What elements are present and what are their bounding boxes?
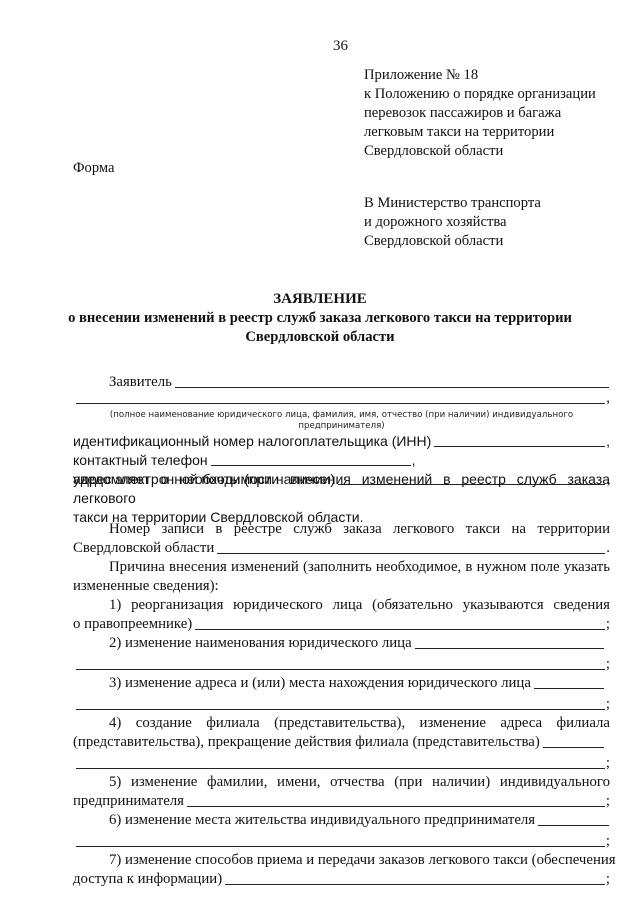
comma: , bbox=[412, 451, 416, 470]
page-number: 36 bbox=[333, 38, 348, 55]
item-5-text: 5) изменение фамилии, имени, отчества (п… bbox=[109, 773, 610, 792]
annex-line: к Положению о порядке организации bbox=[364, 85, 596, 104]
item-1-text-2: о правопреемнике) bbox=[73, 615, 192, 634]
addressee-line: и дорожного хозяйства bbox=[364, 213, 541, 232]
semicolon: ; bbox=[606, 695, 610, 714]
comma: , bbox=[606, 389, 610, 408]
applicant-label: Заявитель bbox=[109, 373, 172, 392]
item-5-text-2: предпринимателя bbox=[73, 792, 184, 811]
applicant-section: Заявитель , (полное наименование юридиче… bbox=[73, 372, 610, 527]
document-title: ЗАЯВЛЕНИЕ bbox=[0, 291, 640, 308]
inn-label: идентификационный номер налогоплательщик… bbox=[73, 432, 431, 451]
annex-line: Свердловской области bbox=[364, 142, 596, 161]
addressee-line: Свердловской области bbox=[364, 232, 541, 251]
item-6-field[interactable] bbox=[538, 824, 609, 826]
item-6-row-2: ; bbox=[73, 830, 610, 851]
item-3-row-2: ; bbox=[73, 693, 610, 714]
item-7-field[interactable] bbox=[225, 883, 605, 885]
note-line: предпринимателя) bbox=[73, 421, 610, 432]
document-subtitle-line1: о внесении изменений в реестр служб зака… bbox=[0, 310, 640, 327]
annex-line: легковым такси на территории bbox=[364, 123, 596, 142]
applicant-row: Заявитель bbox=[73, 372, 610, 392]
document-subtitle-line2: Свердловской области bbox=[0, 329, 640, 346]
item-4-text: 4) создание филиала (представительства),… bbox=[109, 714, 610, 733]
phone-label: контактный телефон bbox=[73, 451, 208, 470]
item-4-row-2: (представительства), прекращение действи… bbox=[73, 733, 610, 752]
comma: , bbox=[606, 432, 610, 451]
applicant-row-2: , bbox=[73, 392, 610, 408]
item-3-text: 3) изменение адреса и (или) места нахожд… bbox=[109, 674, 531, 693]
phone-row: контактный телефон , bbox=[73, 451, 610, 470]
item-4-field[interactable] bbox=[543, 746, 604, 748]
applicant-field-continued[interactable] bbox=[76, 402, 605, 404]
applicant-note: (полное наименование юридического лица, … bbox=[73, 408, 610, 432]
item-2-row: 2) изменение наименования юридического л… bbox=[73, 634, 610, 653]
item-6-field-continued[interactable] bbox=[76, 845, 605, 847]
period: . bbox=[606, 539, 610, 558]
applicant-field[interactable] bbox=[175, 386, 609, 388]
phone-field[interactable] bbox=[211, 464, 411, 466]
item-4-row-3: ; bbox=[73, 752, 610, 773]
reason-row: Причина внесения изменений (заполнить не… bbox=[73, 558, 610, 577]
registry-number-field[interactable] bbox=[217, 552, 605, 554]
reason-text-line2: измененные сведения): bbox=[73, 577, 219, 596]
item-7-row: 7) изменение способов приема и передачи … bbox=[73, 851, 610, 870]
semicolon: ; bbox=[606, 615, 610, 634]
form-label: Форма bbox=[73, 160, 115, 177]
item-5-row: 5) изменение фамилии, имени, отчества (п… bbox=[73, 773, 610, 792]
item-4-row: 4) создание филиала (представительства),… bbox=[73, 714, 610, 733]
item-7-row-2: доступа к информации) ; bbox=[73, 870, 610, 889]
item-6-text: 6) изменение места жительства индивидуал… bbox=[109, 811, 535, 830]
item-1-row-2: о правопреемнике) ; bbox=[73, 615, 610, 634]
inn-row: идентификационный номер налогоплательщик… bbox=[73, 432, 610, 451]
addressee-line: В Министерство транспорта bbox=[364, 194, 541, 213]
reason-text-line1: Причина внесения изменений (заполнить не… bbox=[109, 558, 610, 577]
annex-line: Приложение № 18 bbox=[364, 66, 596, 85]
semicolon: ; bbox=[606, 754, 610, 773]
item-4-field-continued[interactable] bbox=[76, 767, 605, 769]
registry-section: Номер записи в реестре служб заказа легк… bbox=[73, 520, 610, 889]
registry-text-line2: Свердловской области bbox=[73, 539, 214, 558]
item-1-field[interactable] bbox=[195, 628, 605, 630]
semicolon: ; bbox=[606, 870, 610, 889]
item-5-row-2: предпринимателя ; bbox=[73, 792, 610, 811]
item-5-field[interactable] bbox=[187, 805, 605, 807]
semicolon: ; bbox=[606, 792, 610, 811]
item-2-field-continued[interactable] bbox=[76, 668, 605, 670]
annex-line: перевозок пассажиров и багажа bbox=[364, 104, 596, 123]
item-4-text-2: (представительства), прекращение действи… bbox=[73, 733, 540, 752]
reason-row-2: измененные сведения): bbox=[73, 577, 610, 596]
semicolon: ; bbox=[606, 832, 610, 851]
item-2-field[interactable] bbox=[415, 647, 604, 649]
item-6-row: 6) изменение места жительства индивидуал… bbox=[73, 811, 610, 830]
semicolon: ; bbox=[606, 655, 610, 674]
registry-row: Номер записи в реестре служб заказа легк… bbox=[73, 520, 610, 539]
item-7-text-2: доступа к информации) bbox=[73, 870, 222, 889]
item-2-text: 2) изменение наименования юридического л… bbox=[109, 634, 412, 653]
annex-reference: Приложение № 18 к Положению о порядке ор… bbox=[364, 66, 596, 161]
registry-row-2: Свердловской области . bbox=[73, 539, 610, 558]
note-line: (полное наименование юридического лица, … bbox=[73, 410, 610, 421]
item-3-field-continued[interactable] bbox=[76, 708, 605, 710]
item-3-row: 3) изменение адреса и (или) места нахожд… bbox=[73, 674, 610, 693]
item-3-field[interactable] bbox=[534, 687, 604, 689]
addressee-block: В Министерство транспорта и дорожного хо… bbox=[364, 194, 541, 251]
inn-field[interactable] bbox=[434, 445, 605, 447]
item-1-row: 1) реорганизация юридического лица (обяз… bbox=[73, 596, 610, 615]
registry-text-line1: Номер записи в реестре служб заказа легк… bbox=[109, 520, 610, 539]
item-1-text: 1) реорганизация юридического лица (обяз… bbox=[109, 596, 610, 615]
notifies-row: уведомляет о необходимости внесения изме… bbox=[73, 489, 610, 508]
item-7-text: 7) изменение способов приема и передачи … bbox=[109, 851, 616, 870]
item-2-row-2: ; bbox=[73, 653, 610, 674]
notifies-text-line1: уведомляет о необходимости внесения изме… bbox=[73, 470, 610, 508]
